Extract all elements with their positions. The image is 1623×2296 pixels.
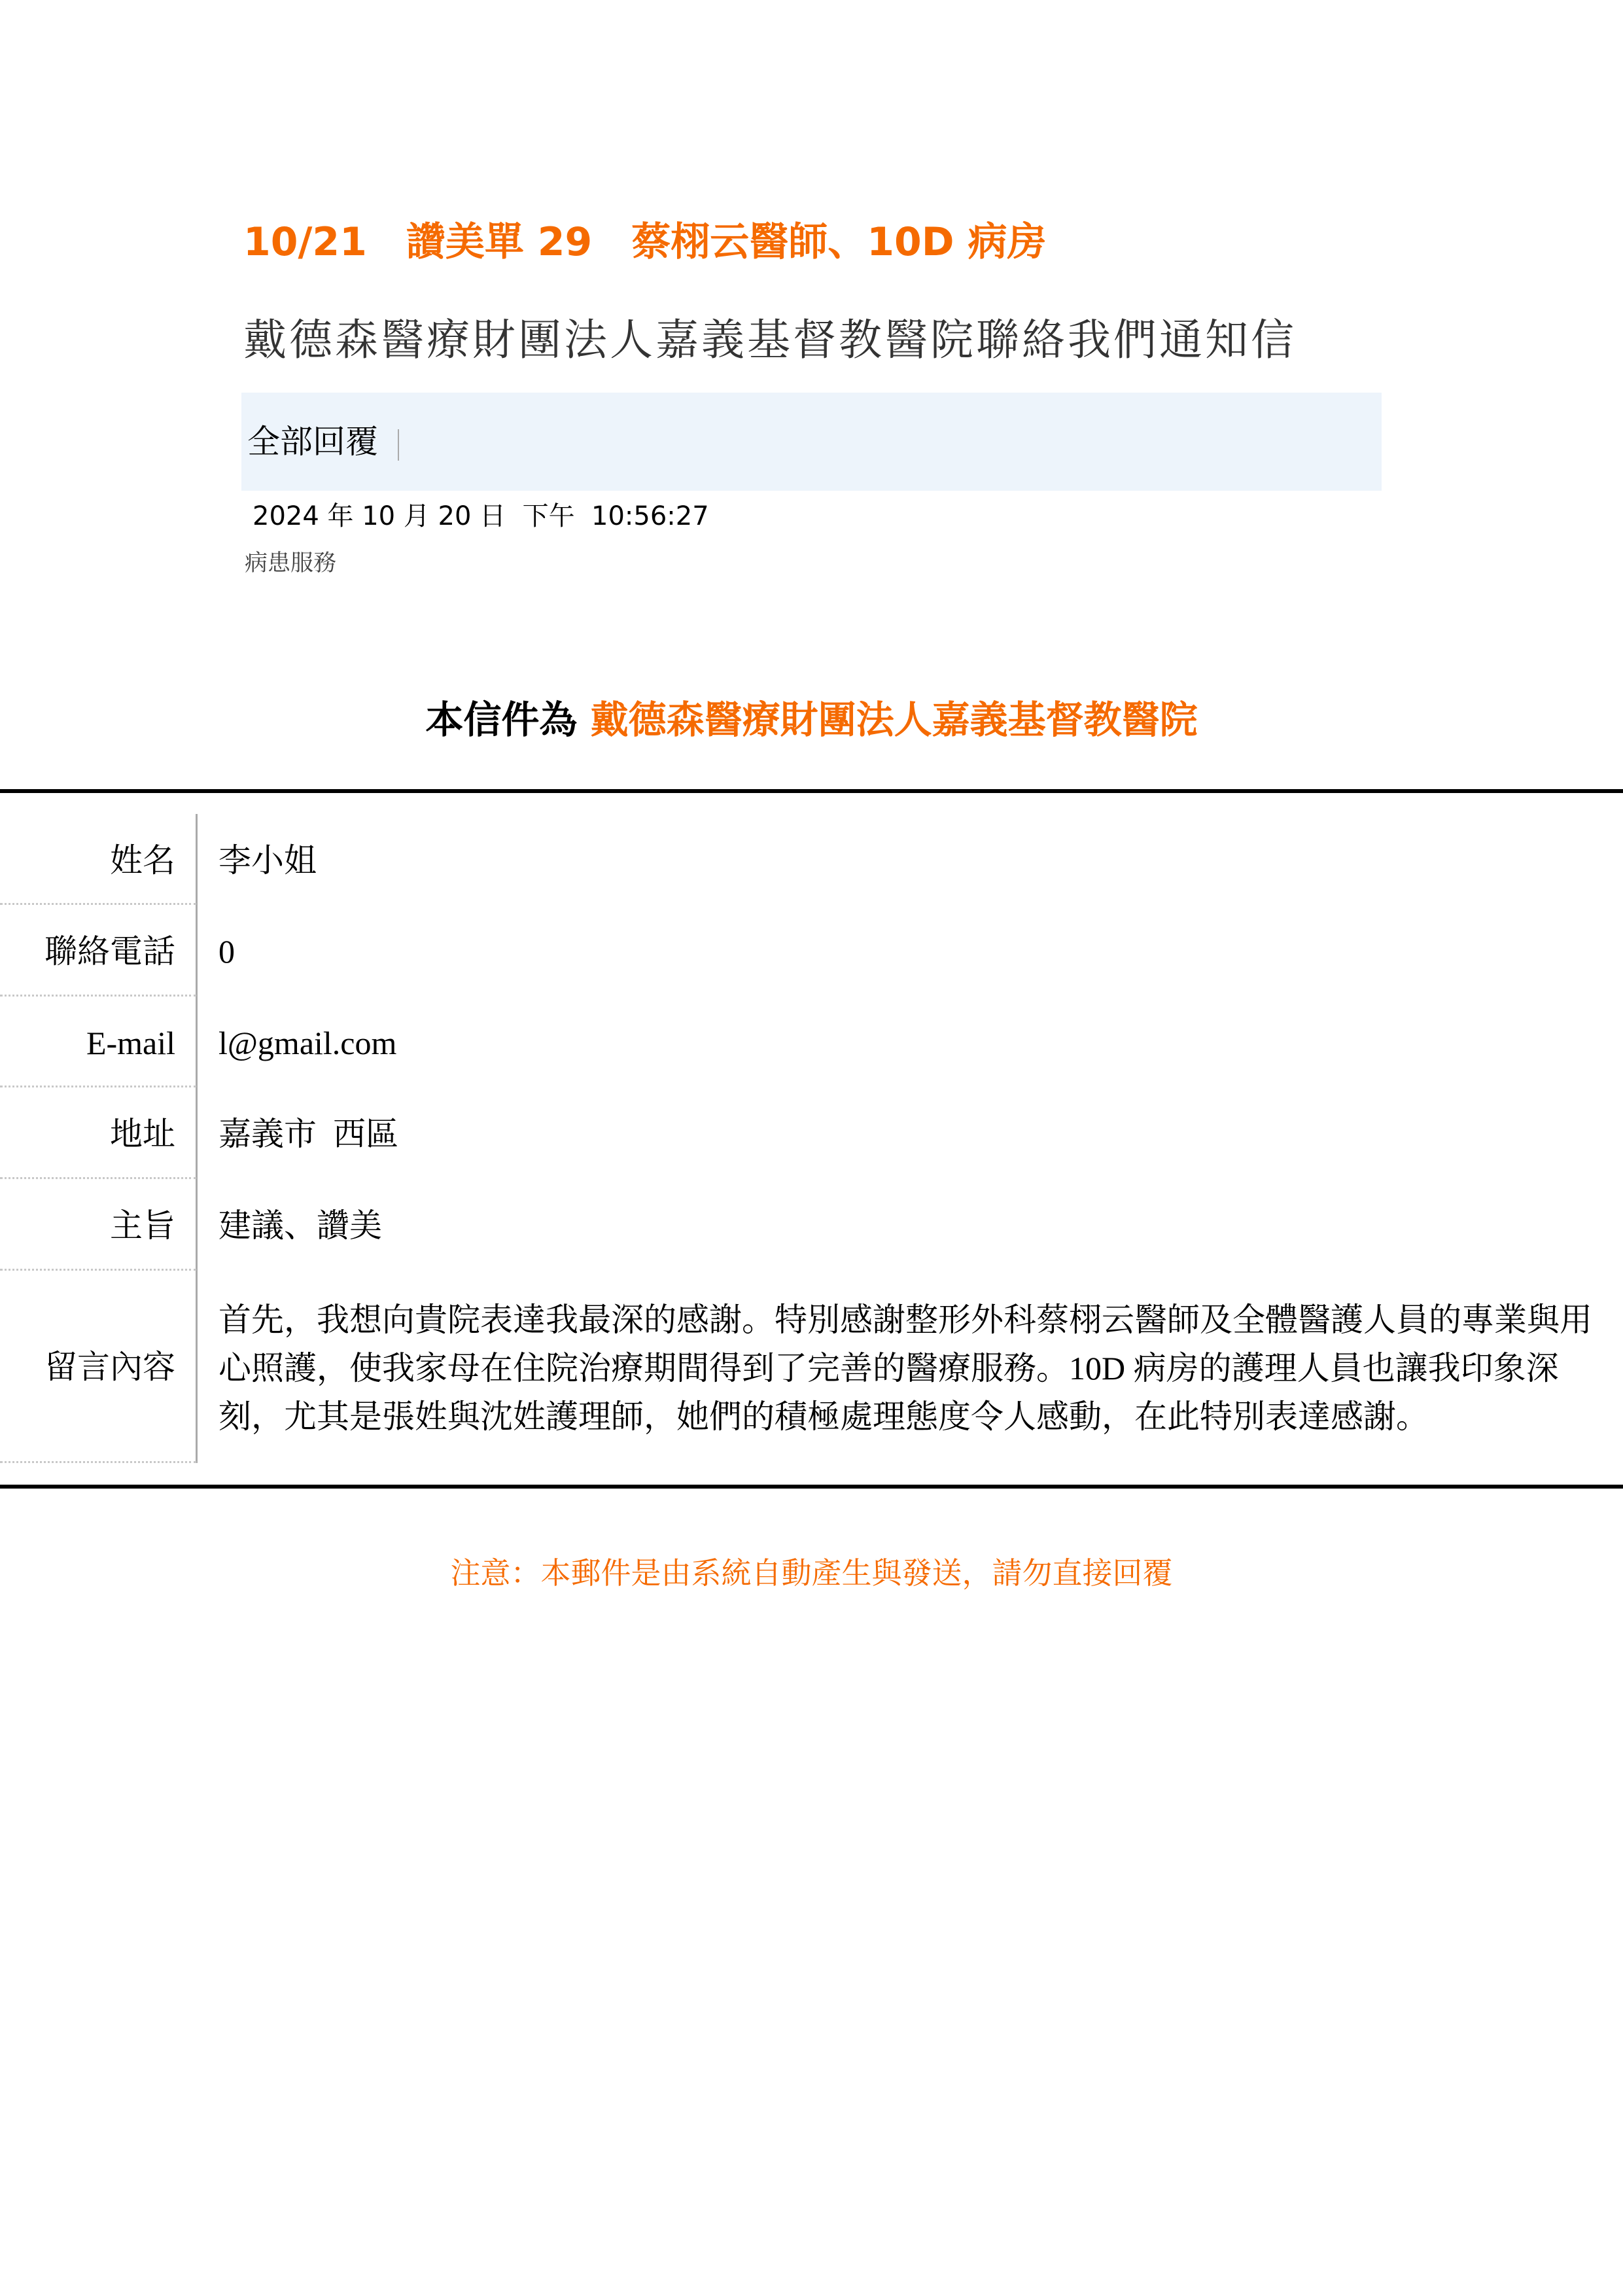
headline-organization: 戴德森醫療財團法人嘉義基督教醫院 xyxy=(591,698,1198,742)
toolbar-separator xyxy=(398,429,399,461)
mail-title: 10/21 讚美單 29 蔡栩云醫師、10D 病房 xyxy=(243,216,1046,268)
mail-timestamp: 2024 年 10 月 20 日 下午 10:56:27 xyxy=(253,499,709,534)
field-label: 聯絡電話 xyxy=(0,928,175,974)
reply-toolbar: 全部回覆 xyxy=(241,393,1382,491)
table-row-phone: 聯絡電話 0 xyxy=(0,905,1623,997)
row-separator xyxy=(0,1461,196,1463)
field-label: 地址 xyxy=(0,1111,175,1157)
table-row-address: 地址 嘉義市 西區 xyxy=(0,1087,1623,1179)
field-label: E-mail xyxy=(0,1020,175,1066)
field-label: 主旨 xyxy=(0,1203,175,1248)
field-value: l@gmail.com xyxy=(218,1020,396,1066)
headline-prefix: 本信件為 xyxy=(425,698,577,742)
field-value: 嘉義市 西區 xyxy=(218,1111,398,1157)
mail-headline: 本信件為 戴德森醫療財團法人嘉義基督教醫院 xyxy=(0,694,1623,746)
field-label: 留言內容 xyxy=(0,1344,175,1390)
field-value: 0 xyxy=(218,928,235,974)
table-row-message: 留言內容 首先，我想向貴院表達我最深的感謝。特別感謝整形外科蔡栩云醫師及全體醫護… xyxy=(0,1271,1623,1463)
table-row-subject: 主旨 建議、讚美 xyxy=(0,1179,1623,1271)
mail-subject: 戴德森醫療財團法人嘉義基督教醫院聯絡我們通知信 xyxy=(243,313,1297,368)
field-label: 姓名 xyxy=(0,838,175,883)
table-row-name: 姓名 李小姐 xyxy=(0,814,1623,905)
table-row-email: E-mail l@gmail.com xyxy=(0,997,1623,1087)
field-value: 李小姐 xyxy=(218,838,317,883)
auto-generated-notice: 注意：本郵件是由系統自動產生與發送，請勿直接回覆 xyxy=(0,1553,1623,1593)
table-bottom-rule xyxy=(0,1485,1623,1489)
message-content: 首先，我想向貴院表達我最深的感謝。特別感謝整形外科蔡栩云醫師及全體醫護人員的專業… xyxy=(218,1296,1599,1441)
reply-all-button[interactable]: 全部回覆 xyxy=(247,419,378,465)
field-value: 建議、讚美 xyxy=(218,1203,382,1248)
mail-sender: 病患服務 xyxy=(245,547,336,580)
table-top-rule xyxy=(0,789,1623,793)
